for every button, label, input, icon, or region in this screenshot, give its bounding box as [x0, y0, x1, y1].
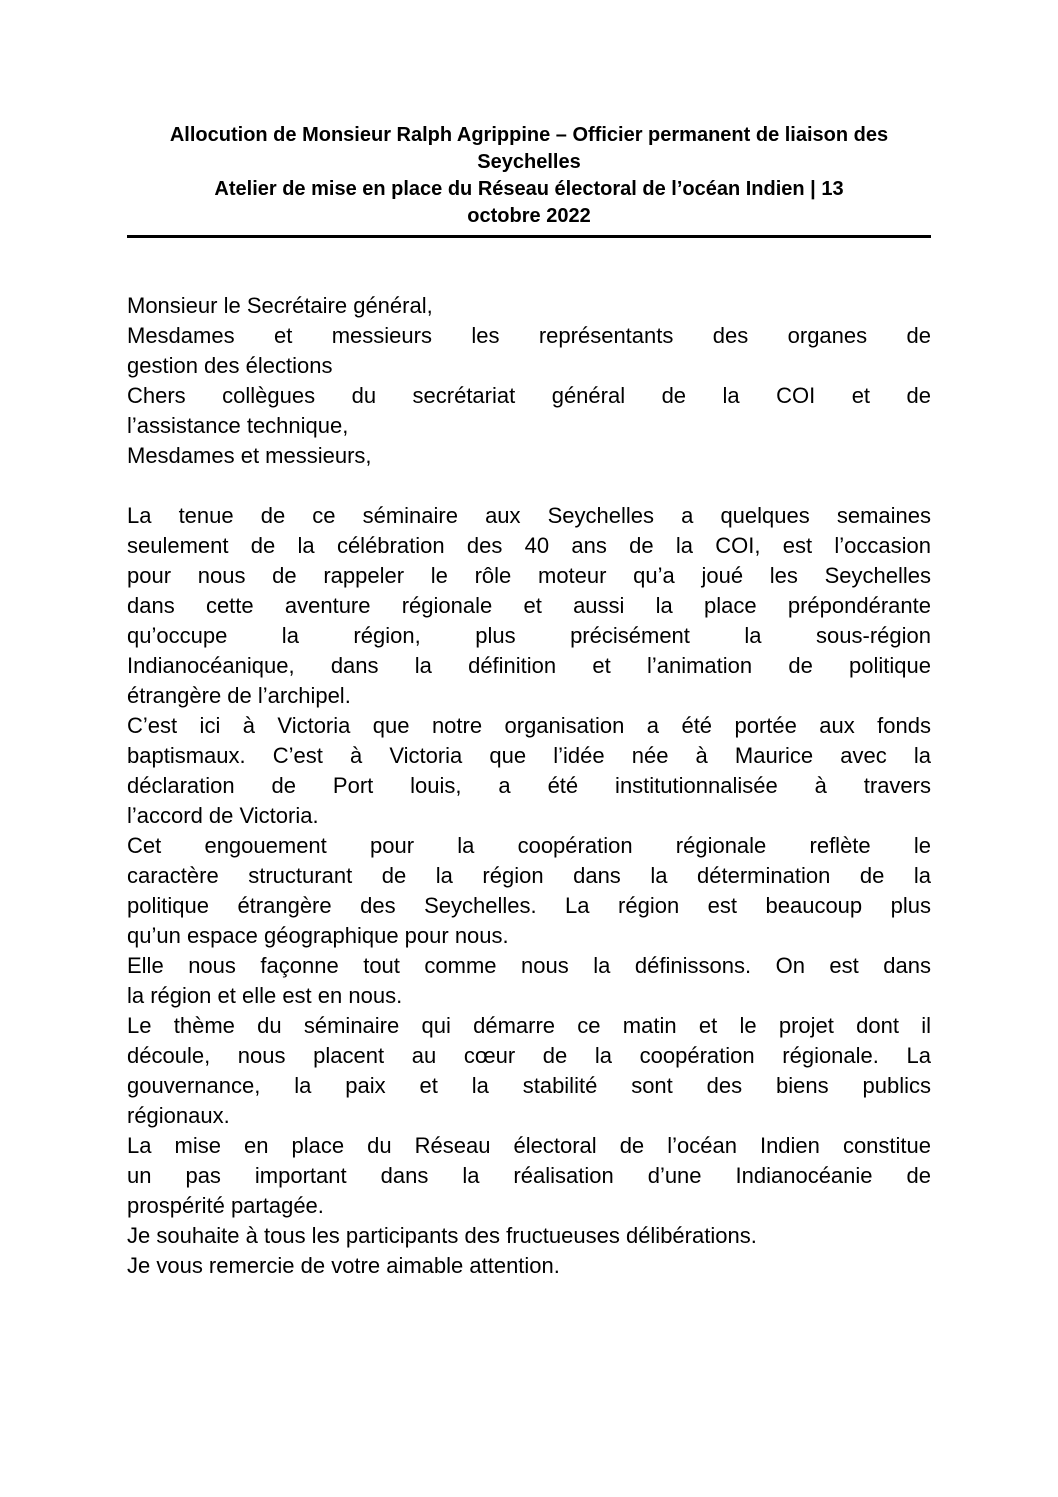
header-subtitle-line-2: octobre 2022 [127, 203, 931, 230]
text-line: Le thème du séminaire qui démarre ce mat… [127, 1011, 931, 1041]
text-line: politique étrangère des Seychelles. La r… [127, 891, 931, 921]
text-line: Chers collègues du secrétariat général d… [127, 381, 931, 411]
blank-line [127, 471, 931, 501]
text-line: qu’occupe la région, plus précisément la… [127, 621, 931, 651]
text-line: La tenue de ce séminaire aux Seychelles … [127, 501, 931, 531]
text-line: Elle nous façonne tout comme nous la déf… [127, 951, 931, 981]
text-line: Mesdames et messieurs les représentants … [127, 321, 931, 351]
text-line: caractère structurant de la région dans … [127, 861, 931, 891]
text-line: pour nous de rappeler le rôle moteur qu’… [127, 561, 931, 591]
text-line: un pas important dans la réalisation d’u… [127, 1161, 931, 1191]
text-line: l’accord de Victoria. [127, 801, 931, 831]
text-line: Je vous remercie de votre aimable attent… [127, 1251, 931, 1281]
text-line: qu’un espace géographique pour nous. [127, 921, 931, 951]
text-line: la région et elle est en nous. [127, 981, 931, 1011]
text-line: La mise en place du Réseau électoral de … [127, 1131, 931, 1161]
document-body: Monsieur le Secrétaire général, Mesdames… [127, 291, 931, 1281]
document-page: Allocution de Monsieur Ralph Agrippine –… [0, 0, 1058, 1497]
text-line: Je souhaite à tous les participants des … [127, 1221, 931, 1251]
header-title-line-1: Allocution de Monsieur Ralph Agrippine –… [127, 122, 931, 149]
text-line: étrangère de l’archipel. [127, 681, 931, 711]
header-title-line-2: Seychelles [127, 149, 931, 176]
text-line: déclaration de Port louis, a été institu… [127, 771, 931, 801]
text-line: baptismaux. C’est à Victoria que l’idée … [127, 741, 931, 771]
text-line: C’est ici à Victoria que notre organisat… [127, 711, 931, 741]
text-line: seulement de la célébration des 40 ans d… [127, 531, 931, 561]
text-line: dans cette aventure régionale et aussi l… [127, 591, 931, 621]
text-line: régionaux. [127, 1101, 931, 1131]
text-line: Monsieur le Secrétaire général, [127, 291, 931, 321]
text-line: gouvernance, la paix et la stabilité son… [127, 1071, 931, 1101]
text-line: Cet engouement pour la coopération régio… [127, 831, 931, 861]
text-line: gestion des élections [127, 351, 931, 381]
text-line: l’assistance technique, [127, 411, 931, 441]
text-line: prospérité partagée. [127, 1191, 931, 1221]
header-subtitle-line-1: Atelier de mise en place du Réseau élect… [127, 176, 931, 203]
document-header: Allocution de Monsieur Ralph Agrippine –… [127, 122, 931, 238]
text-line: Indianocéanique, dans la définition et l… [127, 651, 931, 681]
text-line: Mesdames et messieurs, [127, 441, 931, 471]
text-line: découle, nous placent au cœur de la coop… [127, 1041, 931, 1071]
